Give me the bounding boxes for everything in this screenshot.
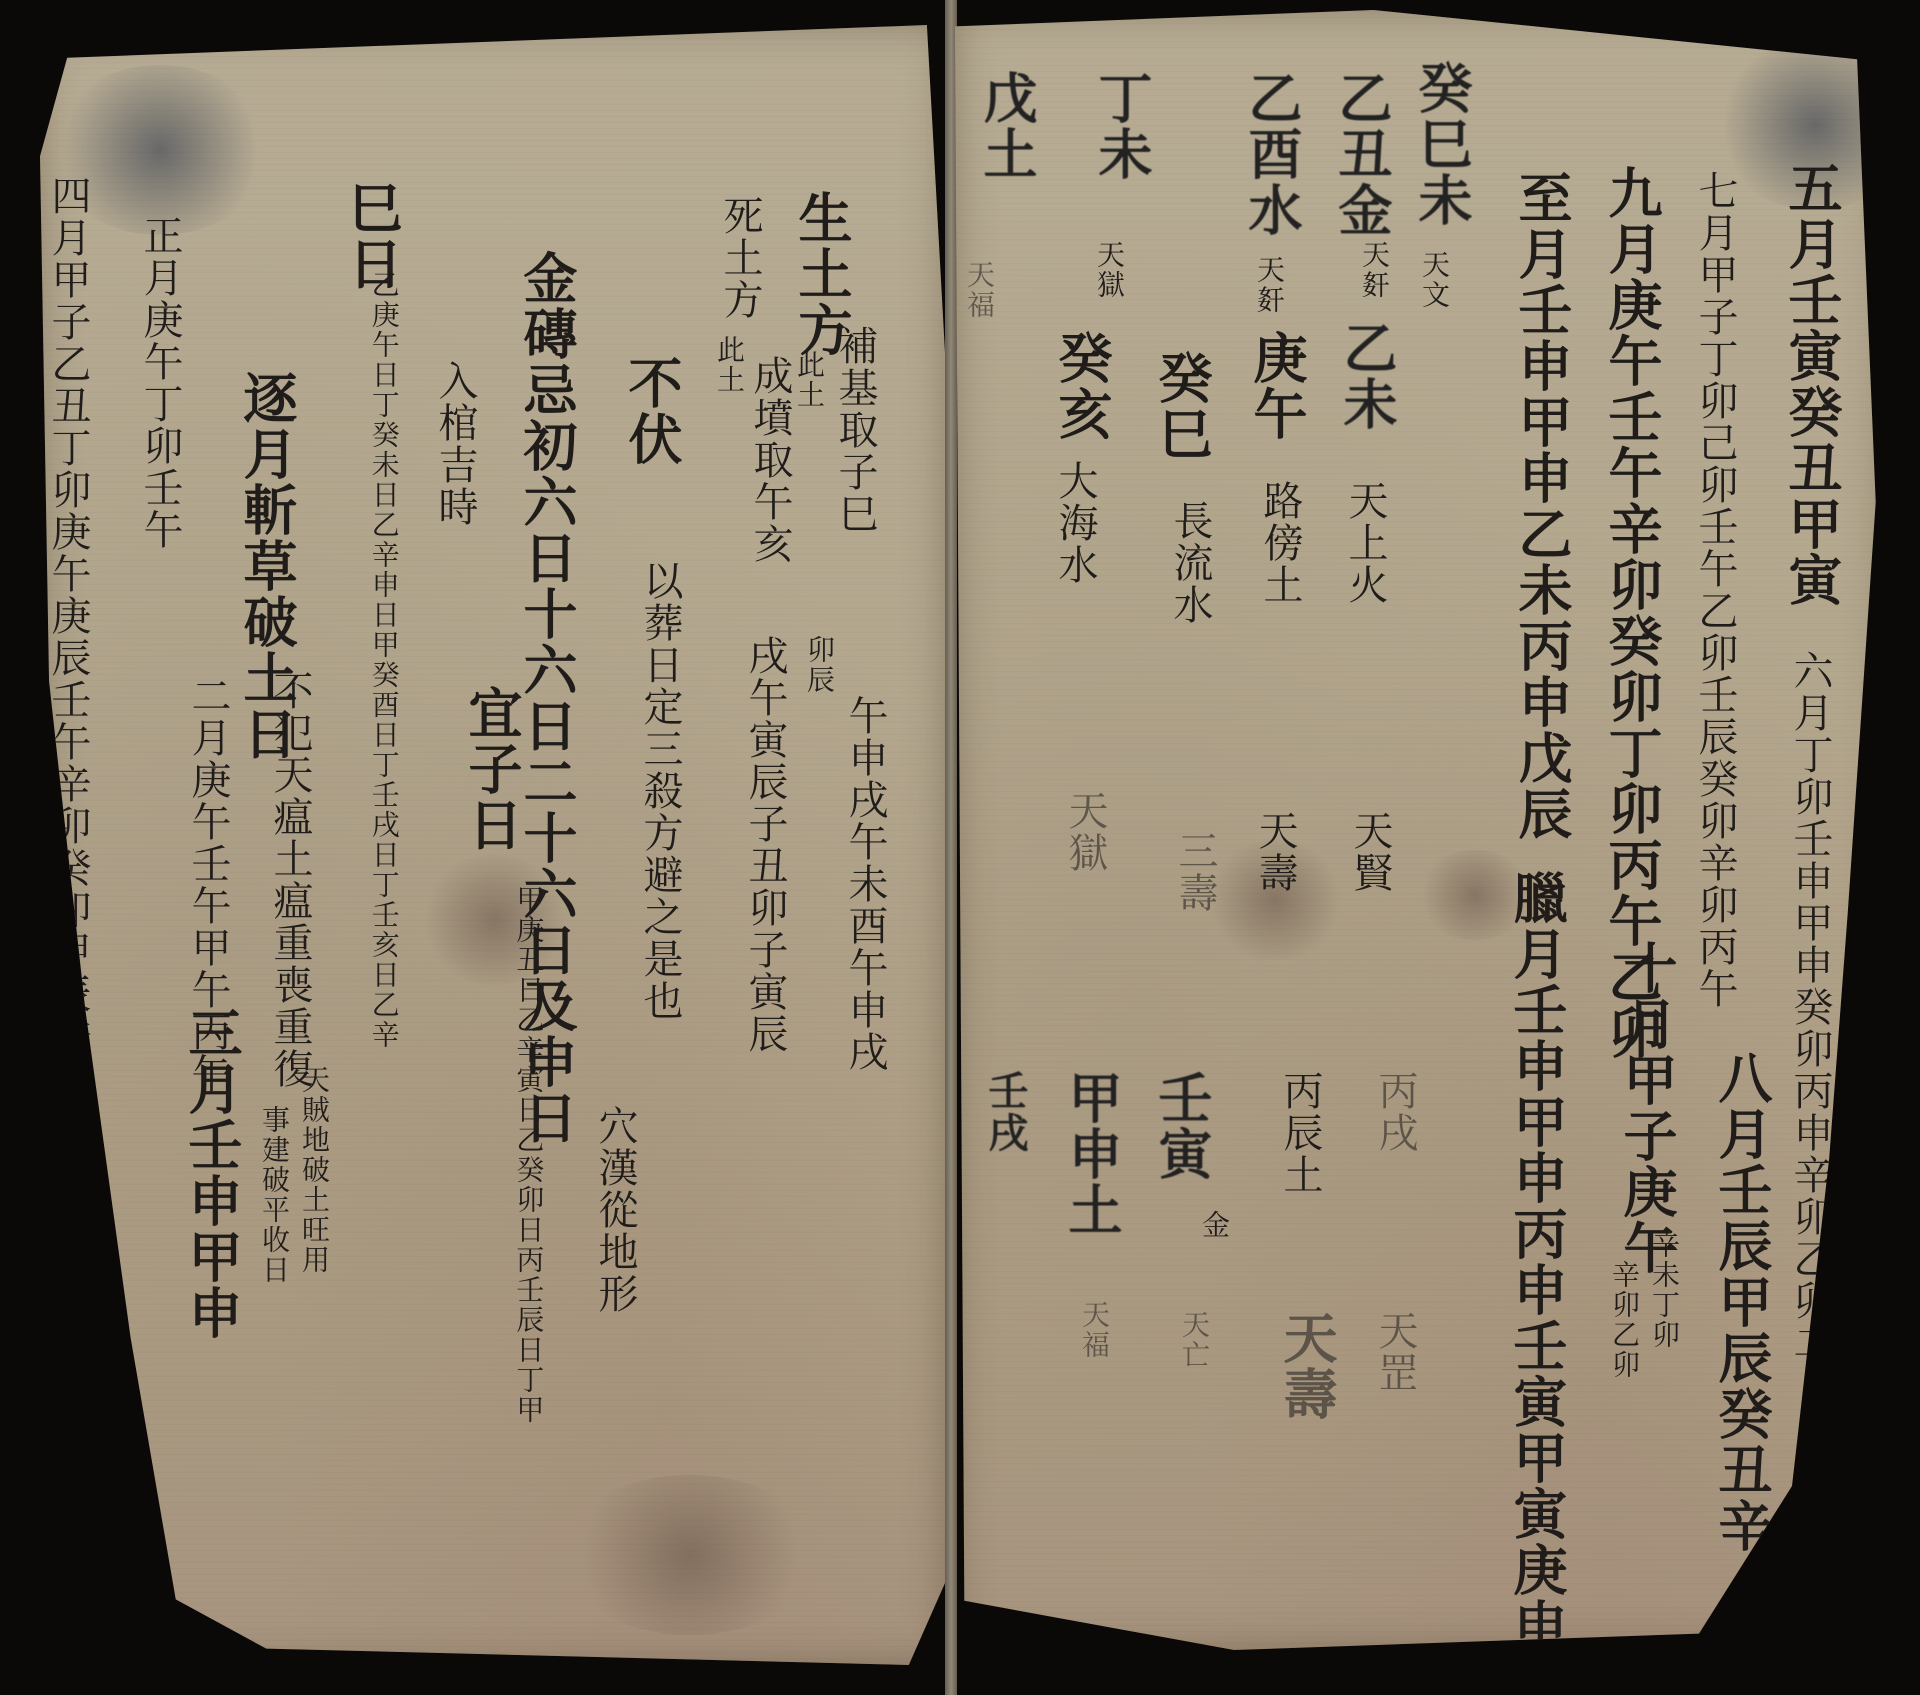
annotation: 卯日: [512, 1185, 545, 1245]
text-column: 天壽: [1255, 810, 1295, 894]
annotation: 辛未丁卯: [1650, 1230, 1678, 1350]
text-column: 天福: [1080, 1300, 1108, 1360]
annotation: 丑日: [512, 945, 545, 1005]
text-column: 死土方: [720, 195, 760, 321]
text-column: 三壽: [1175, 830, 1215, 914]
text-column: 正月庚午丁卯壬午: [140, 215, 180, 551]
text-column: 乙丑金: [1335, 70, 1389, 238]
text-column: 天獄: [1065, 790, 1105, 874]
annotation: 酉日: [368, 690, 401, 750]
annotation: 亥日: [368, 930, 401, 990]
text-column: 壬寅: [1155, 1070, 1209, 1182]
text-column: 入棺吉時: [435, 360, 475, 528]
text-column: 丁未: [1095, 70, 1149, 182]
annotation: 乙辛: [368, 510, 401, 570]
text-column: 壬戌: [985, 1070, 1025, 1154]
text-column: 午申戌午未酉午申戌: [845, 695, 885, 1073]
annotation: 戌日: [368, 810, 401, 870]
annotation: 乙庚: [368, 270, 401, 330]
annotation: 甲癸: [368, 630, 401, 690]
text-column: 癸亥: [1055, 330, 1109, 442]
text-column: 七月甲子丁卯己卯壬午乙卯壬辰癸卯辛卯丙午: [1695, 170, 1735, 1010]
annotation: 未日: [368, 450, 401, 510]
annotation: 天福: [965, 260, 993, 320]
annotation: 丁壬: [368, 870, 401, 930]
text-column: 臘月壬申甲申丙申壬寅甲寅庚申: [1510, 870, 1564, 1654]
annotation: 大海水: [1055, 460, 1095, 586]
text-column: 天壽: [1280, 1310, 1334, 1422]
text-column: 六月丁卯壬申甲申癸卯丙申辛卯乙卯二: [1790, 650, 1830, 1364]
text-column: 天賢: [1350, 810, 1390, 894]
text-column: 九月庚午壬午辛卯癸卯丁卯丙午乙卯: [1605, 165, 1659, 1061]
text-column: 十月甲子庚午: [1620, 940, 1674, 1276]
annotation: 此土: [715, 335, 743, 395]
annotation: 金: [1200, 1210, 1228, 1240]
text-column: 天亡: [1180, 1310, 1208, 1370]
text-column: 不伏: [625, 355, 679, 467]
annotation: 卯辰: [805, 635, 833, 695]
left-page: 生土方 此土 補基取子巳 卯辰 午申戌午未酉午申戌 死土方 此土 成墳取午亥 戌…: [40, 25, 945, 1665]
annotation: 此土: [795, 350, 823, 410]
text-column: 穴漢從地形: [595, 1105, 635, 1315]
text-column: 乙未: [1340, 320, 1394, 432]
page-gutter: [945, 0, 957, 1695]
text-column: 天罡: [1375, 1310, 1415, 1394]
text-column: 至月壬申甲申乙未丙申戊辰: [1515, 170, 1569, 842]
text-column: 事建破平收日: [260, 1105, 288, 1285]
annotation: 天文: [1420, 250, 1448, 310]
text-column: 以葬日定三殺方避之是也: [640, 560, 680, 1022]
text-column: 庚午: [1250, 330, 1304, 442]
annotation: 長流水: [1170, 500, 1210, 626]
text-column: 五月壬寅癸丑甲寅: [1785, 160, 1839, 608]
annotation: 路傍土: [1260, 480, 1300, 606]
annotation: 天獄: [1095, 240, 1123, 300]
water-stain: [560, 1475, 820, 1635]
annotation: 天姧: [1360, 240, 1388, 300]
text-column: 癸巳未: [1415, 60, 1469, 228]
text-column: 宜子日: [465, 685, 519, 853]
text-column: 癸巳: [1155, 350, 1209, 462]
annotation: 乙辛: [512, 1005, 545, 1065]
annotation: 申日: [368, 570, 401, 630]
annotation: 寅日: [512, 1065, 545, 1125]
annotation: 乙辛: [368, 990, 401, 1050]
annotation: 午日: [368, 330, 401, 390]
annotation: 丁癸: [368, 390, 401, 450]
text-column: 不犯天瘟土瘟重喪重復: [270, 670, 310, 1090]
text-column: 三月壬申甲申: [185, 1005, 239, 1341]
text-column: 戊土: [980, 70, 1034, 182]
text-column: 戌午寅辰子丑卯子寅辰: [745, 635, 785, 1055]
annotation: 丁甲: [512, 1365, 545, 1425]
annotation: 丁壬: [368, 750, 401, 810]
text-column: 甲申土: [1065, 1070, 1119, 1238]
text-column: 四月甲子乙丑丁卯庚午庚辰壬午辛卯癸卯甲辰癸丑庚子: [48, 175, 88, 1183]
annotation: 天姧: [1255, 255, 1283, 315]
annotation: 甲庚: [512, 885, 545, 945]
annotation-list: 甲庚丑日乙辛寅日乙癸卯日丙壬辰日丁甲: [510, 885, 546, 1425]
text-column: 丙辰土: [1280, 1070, 1320, 1196]
annotation: 乙癸: [512, 1125, 545, 1185]
text-column: 乙酉水: [1245, 70, 1299, 238]
annotation: 辛卯乙卯: [1610, 1260, 1638, 1380]
text-column: 丙戌: [1375, 1070, 1415, 1154]
annotation-list: 乙庚午日丁癸未日乙辛申日甲癸酉日丁壬戌日丁壬亥日乙辛: [365, 270, 403, 1050]
text-column: 成墳取午亥: [750, 355, 790, 565]
right-page: 五月壬寅癸丑甲寅 六月丁卯壬申甲申癸卯丙申辛卯乙卯二 七月甲子丁卯己卯壬午乙卯壬…: [955, 10, 1885, 1650]
text-column: 八月壬辰甲辰癸丑辛: [1715, 1050, 1769, 1554]
text-column: 天賊地破土旺用: [300, 1065, 328, 1275]
annotation: 辰日: [512, 1305, 545, 1365]
annotation: 丙壬: [512, 1245, 545, 1305]
annotation: 天上火: [1345, 480, 1385, 606]
text-column: 補基取子巳: [835, 325, 875, 535]
